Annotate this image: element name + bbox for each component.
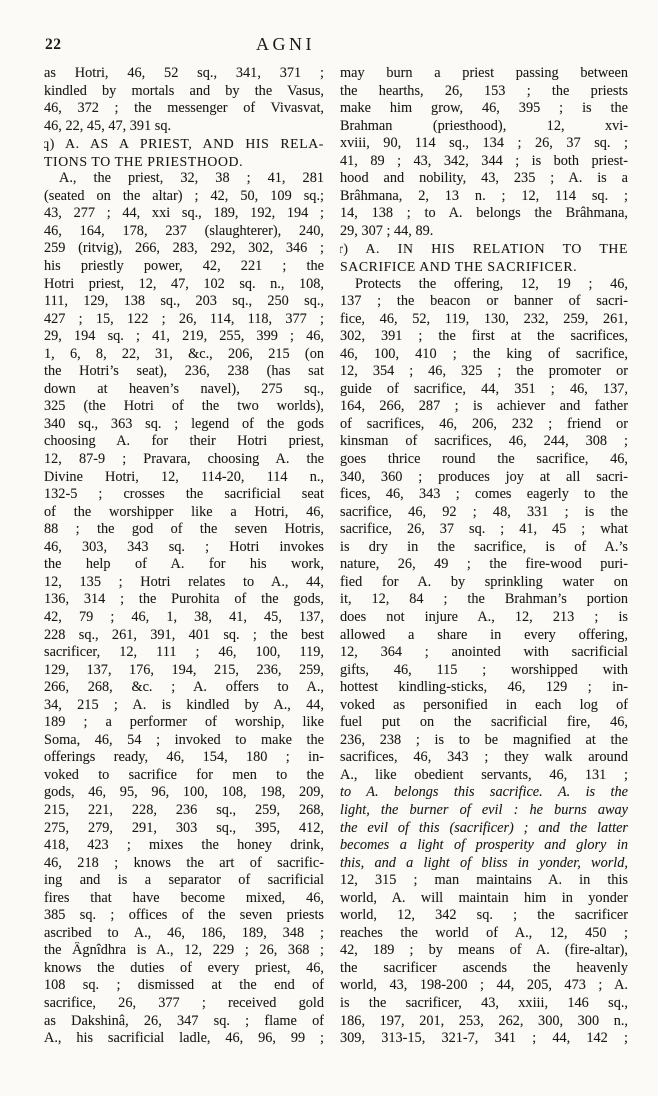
- text-line: 12, 354 ; 46, 325 ; the promoter or: [340, 363, 628, 381]
- text-line: (seated on the altar) ; 42, 50, 109 sq.;: [44, 188, 324, 206]
- text-line: 186, 197, 201, 253, 262, 300, 300 n.,: [340, 1013, 628, 1031]
- text-line: 275, 279, 291, 303 sq., 395, 412,: [44, 820, 324, 838]
- text-line: 189 ; a performer of worship, like: [44, 714, 324, 732]
- text-line: Brahman (priesthood), 12, xvi-: [340, 118, 628, 136]
- text-line: sacrifices, 46, 343 ; they walk around: [340, 749, 628, 767]
- text-line: to A. belongs this sacrifice. A. is the: [340, 784, 628, 802]
- text-line: world, 43, 198-200 ; 44, 205, 473 ; A.: [340, 977, 628, 995]
- text-line: 12, 315 ; man maintains A. in this: [340, 872, 628, 890]
- section-heading-r: SACRIFICE AND THE SACRIFICER.: [340, 258, 628, 276]
- text-line: Brâhmana, 2, 13 n. ; 12, 114 sq. ;: [340, 188, 628, 206]
- text-line: 108 sq. ; dismissed at the end of: [44, 977, 324, 995]
- text-line: 136, 314 ; the Purohita of the gods,: [44, 591, 324, 609]
- text-line: the hearths, 26, 153 ; the priests: [340, 83, 628, 101]
- text-line: sacrifice, 26, 37 sq. ; 41, 45 ; what: [340, 521, 628, 539]
- text-line: 111, 129, 138 sq., 203 sq., 250 sq.,: [44, 293, 324, 311]
- text-line: fied for A. by sprinkling water on: [340, 574, 628, 592]
- text-line: is the sacrificer, 43, xxiii, 146 sq.,: [340, 995, 628, 1013]
- text-line: kinsman of sacrifices, 46, 244, 308 ;: [340, 433, 628, 451]
- text-line: the sacrificer ascends the heavenly: [340, 960, 628, 978]
- text-line: sacrifice, 26, 377 ; received gold: [44, 995, 324, 1013]
- text-line: as Dakshinâ, 26, 347 sq. ; flame of: [44, 1013, 324, 1031]
- text-line: 43, 277 ; 44, xxi sq., 189, 192, 194 ;: [44, 205, 324, 223]
- section-heading-q: (q) A. AS A PRIEST, AND HIS RELA-: [44, 135, 324, 153]
- text-line: his priestly power, 42, 221 ; the: [44, 258, 324, 276]
- text-line: 385 sq. ; offices of the seven priests: [44, 907, 324, 925]
- text-line: goes thrice round the sacrifice, 46,: [340, 451, 628, 469]
- text-line: 88 ; the god of the seven Hotris,: [44, 521, 324, 539]
- text-line: the Hotri’s seat), 236, 238 (has sat: [44, 363, 324, 381]
- text-line: 340 sq., 363 sq. ; legend of the gods: [44, 416, 324, 434]
- text-line: the help of A. for his work,: [44, 556, 324, 574]
- text-line: fuel put on the sacrificial fire, 46,: [340, 714, 628, 732]
- text-line: it, 12, 84 ; the Brahman’s portion: [340, 591, 628, 609]
- text-line: kindled by mortals and by the Vasus,: [44, 83, 324, 101]
- text-line: 228 sq., 261, 391, 401 sq. ; the best: [44, 627, 324, 645]
- text-line: 129, 137, 176, 194, 215, 236, 259,: [44, 662, 324, 680]
- text-line: 236, 238 ; is to be magnified at the: [340, 732, 628, 750]
- text-line: 266, 268, &c. ; A. offers to A.,: [44, 679, 324, 697]
- text-line: 41, 89 ; 43, 342, 344 ; is both priest-: [340, 153, 628, 171]
- text-line: voked to sacrifice for men to the: [44, 767, 324, 785]
- section-heading-r: (r) A. IN HIS RELATION TO THE: [340, 240, 628, 258]
- text-line: 259 (ritvig), 266, 283, 292, 302, 346 ;: [44, 240, 324, 258]
- text-line: A., like obedient servants, 46, 131 ;: [340, 767, 628, 785]
- text-line: world, A. will maintain him in yonder: [340, 890, 628, 908]
- text-line: nature, 26, 49 ; the fire-wood puri-: [340, 556, 628, 574]
- text-line: 325 (the Hotri of the two worlds),: [44, 398, 324, 416]
- text-line: hottest kindling-sticks, 46, 129 ; in-: [340, 679, 628, 697]
- text-line: 309, 313-15, 321-7, 341 ; 44, 142 ;: [340, 1030, 628, 1048]
- text-line: 12, 135 ; Hotri relates to A., 44,: [44, 574, 324, 592]
- text-line: Protects the offering, 12, 19 ; 46,: [340, 276, 628, 294]
- text-line: 418, 423 ; mixes the honey drink,: [44, 837, 324, 855]
- text-line: reaches the world of A., 12, 450 ;: [340, 925, 628, 943]
- section-heading-q: TIONS TO THE PRIESTHOOD.: [44, 153, 324, 171]
- text-line: 29, 194 sq. ; 41, 219, 255, 399 ; 46,: [44, 328, 324, 346]
- text-line: gifts, 46, 115 ; worshipped with: [340, 662, 628, 680]
- text-line: ing and is a separator of sacrificial: [44, 872, 324, 890]
- text-line: 42, 189 ; by means of A. (fire-altar),: [340, 942, 628, 960]
- text-line: xviii, 90, 114 sq., 134 ; 26, 37 sq. ;: [340, 135, 628, 153]
- text-line: A., his sacrificial ladle, 46, 96, 99 ;: [44, 1030, 324, 1048]
- text-line: voked as personified in each log of: [340, 697, 628, 715]
- text-line: 46, 218 ; knows the art of sacrific-: [44, 855, 324, 873]
- text-line: Soma, 46, 54 ; invoked to make the: [44, 732, 324, 750]
- text-line: make him grow, 46, 395 ; is the: [340, 100, 628, 118]
- text-line: 42, 79 ; 46, 1, 38, 41, 45, 137,: [44, 609, 324, 627]
- text-line: 132-5 ; crosses the sacrificial seat: [44, 486, 324, 504]
- text-line: 46, 372 ; the messenger of Vivasvat,: [44, 100, 324, 118]
- book-page: 22 AGNI as Hotri, 46, 52 sq., 341, 371 ;…: [0, 0, 658, 1096]
- text-line: may burn a priest passing between: [340, 65, 628, 83]
- text-line: of sacrifices, 46, 206, 232 ; friend or: [340, 416, 628, 434]
- text-line: hood and nobility, 43, 235 ; A. is a: [340, 170, 628, 188]
- text-line: 164, 266, 287 ; is achiever and father: [340, 398, 628, 416]
- text-line: 215, 221, 228, 236 sq., 259, 268,: [44, 802, 324, 820]
- text-line: 46, 22, 45, 47, 391 sq.: [44, 118, 324, 136]
- text-line: as Hotri, 46, 52 sq., 341, 371 ;: [44, 65, 324, 83]
- text-line: sacrifice, 46, 92 ; 48, 331 ; is the: [340, 504, 628, 522]
- text-line: 302, 391 ; the first at the sacrifices,: [340, 328, 628, 346]
- text-line: world, 12, 342 sq. ; the sacrificer: [340, 907, 628, 925]
- text-line: 46, 164, 178, 237 (slaughterer), 240,: [44, 223, 324, 241]
- text-line: 34, 215 ; A. is kindled by A., 44,: [44, 697, 324, 715]
- text-line: 46, 303, 343 sq. ; Hotri invokes: [44, 539, 324, 557]
- right-column: may burn a priest passing betweenthe hea…: [340, 65, 628, 1048]
- text-line: the evil of this (sacrificer) ; and the …: [340, 820, 628, 838]
- text-line: gods, 46, 95, 96, 100, 108, 198, 209,: [44, 784, 324, 802]
- text-line: 14, 138 ; to A. belongs the Brâhmana,: [340, 205, 628, 223]
- text-line: fice, 46, 52, 119, 130, 232, 259, 261,: [340, 311, 628, 329]
- text-columns: as Hotri, 46, 52 sq., 341, 371 ;kindled …: [44, 65, 628, 1048]
- text-line: offerings ready, 46, 154, 180 ; in-: [44, 749, 324, 767]
- text-line: Hotri priest, 12, 47, 102 sq. n., 108,: [44, 276, 324, 294]
- text-line: 427 ; 15, 122 ; 26, 114, 118, 377 ;: [44, 311, 324, 329]
- text-line: 12, 87-9 ; Pravara, choosing A. the: [44, 451, 324, 469]
- left-column: as Hotri, 46, 52 sq., 341, 371 ;kindled …: [44, 65, 324, 1048]
- text-line: ascribed to A., 46, 186, 189, 348 ;: [44, 925, 324, 943]
- text-line: 1, 6, 8, 22, 31, &c., 206, 215 (on: [44, 346, 324, 364]
- page-number: 22: [45, 36, 62, 54]
- text-line: 46, 100, 410 ; the king of sacrifice,: [340, 346, 628, 364]
- text-line: fices, 46, 343 ; comes eagerly to the: [340, 486, 628, 504]
- text-line: the Âgnîdhra is A., 12, 229 ; 26, 368 ;: [44, 942, 324, 960]
- text-line: A., the priest, 32, 38 ; 41, 281: [44, 170, 324, 188]
- text-line: is dry in the sacrifice, is of A.’s: [340, 539, 628, 557]
- text-line: of the worshipper like a Hotri, 46,: [44, 504, 324, 522]
- text-line: does not injure A., 12, 213 ; is: [340, 609, 628, 627]
- text-line: 340, 360 ; produces joy at all sacri-: [340, 469, 628, 487]
- text-line: Divine Hotri, 12, 114-20, 114 n.,: [44, 469, 324, 487]
- text-line: down at heaven’s navel), 275 sq.,: [44, 381, 324, 399]
- text-line: light, the burner of evil : he burns awa…: [340, 802, 628, 820]
- page-header: 22 AGNI: [44, 34, 628, 56]
- text-line: sacrificer, 12, 111 ; 46, 100, 119,: [44, 644, 324, 662]
- text-line: allowed a share in every offering,: [340, 627, 628, 645]
- text-line: 29, 307 ; 44, 89.: [340, 223, 628, 241]
- text-line: this, and a light of bliss in yonder, wo…: [340, 855, 628, 873]
- text-line: 137 ; the beacon or banner of sacri-: [340, 293, 628, 311]
- text-line: knows the duties of every priest, 46,: [44, 960, 324, 978]
- running-title: AGNI: [256, 34, 315, 55]
- text-line: becomes a light of prosperity and glory …: [340, 837, 628, 855]
- text-line: choosing A. for their Hotri priest,: [44, 433, 324, 451]
- text-line: guide of sacrifice, 44, 351 ; 46, 137,: [340, 381, 628, 399]
- text-line: fires that have become mixed, 46,: [44, 890, 324, 908]
- text-line: 12, 364 ; anointed with sacrificial: [340, 644, 628, 662]
